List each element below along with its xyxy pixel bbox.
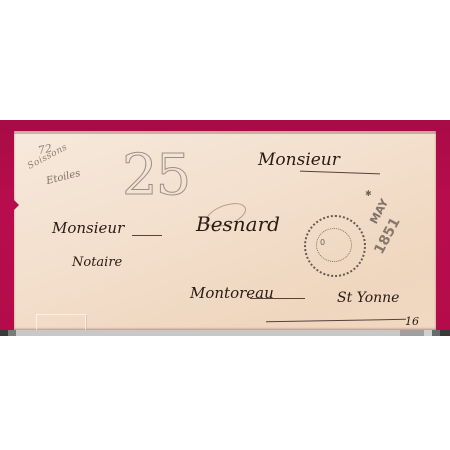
- folio-number: 16: [405, 315, 419, 328]
- envelope-edge-notch: [14, 200, 19, 210]
- embossed-mark: [36, 314, 86, 331]
- envelope-top-shadow: [14, 131, 436, 134]
- destination-town: Montoreau: [190, 284, 274, 302]
- bottom-strip: [0, 330, 450, 336]
- destination-department: St Yonne: [337, 290, 399, 306]
- addressee-title: Notaire: [72, 255, 122, 270]
- salutation-left: Monsieur: [52, 219, 124, 237]
- tax-mark: 25: [122, 148, 189, 204]
- salutation-right: Monsieur: [258, 150, 340, 170]
- underline-left: [132, 235, 162, 236]
- addressee-name: Besnard: [196, 212, 280, 236]
- star-icon: ✱: [365, 189, 372, 198]
- postmark-center: 0: [320, 238, 325, 247]
- destination-underline: [250, 298, 305, 299]
